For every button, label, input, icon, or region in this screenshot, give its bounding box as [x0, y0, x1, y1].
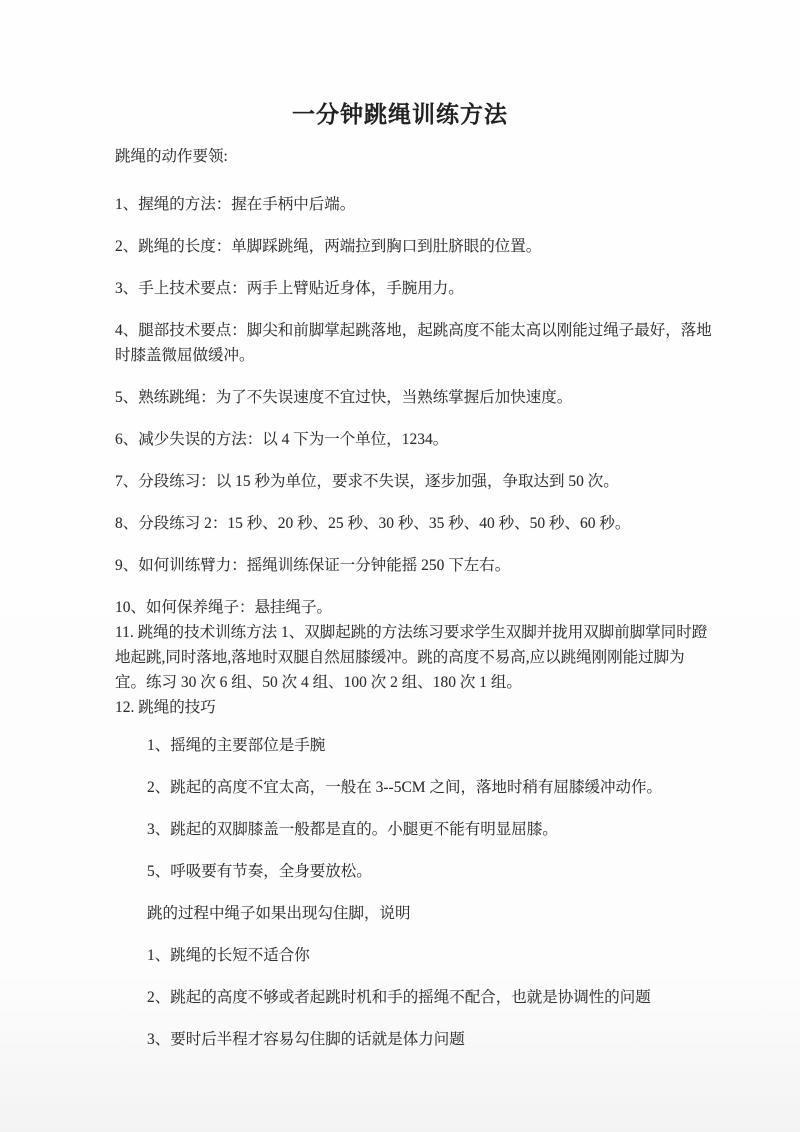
- technique-item-1: 1、摇绳的主要部位是手腕: [115, 733, 712, 758]
- document-page: 一分钟跳绳训练方法 跳绳的动作要领: 1、握绳的方法：握在手柄中后端。 2、跳绳…: [0, 0, 800, 1132]
- numbered-item-5: 5、熟练跳绳：为了不失误速度不宜过快，当熟练掌握后加快速度。: [115, 385, 712, 410]
- hook-intro-line: 跳的过程中绳子如果出现勾住脚，说明: [115, 901, 712, 926]
- hook-item-1: 1、跳绳的长短不适合你: [115, 943, 712, 968]
- numbered-item-10: 10、如何保养绳子：悬挂绳子。: [115, 595, 712, 620]
- numbered-item-4: 4、腿部技术要点：脚尖和前脚掌起跳落地，起跳高度不能太高以刚能过绳子最好，落地时…: [115, 318, 712, 368]
- numbered-item-8: 8、分段练习 2：15 秒、20 秒、25 秒、30 秒、35 秒、40 秒、5…: [115, 511, 712, 536]
- paragraph-11: 11. 跳绳的技术训练方法 1、双脚起跳的方法练习要求学生双脚并拢用双脚前脚掌同…: [115, 620, 712, 695]
- document-title: 一分钟跳绳训练方法: [115, 96, 712, 129]
- numbered-item-2: 2、跳绳的长度：单脚踩跳绳，两端拉到胸口到肚脐眼的位置。: [115, 234, 712, 259]
- technique-item-3: 3、跳起的双脚膝盖一般都是直的。小腿更不能有明显屈膝。: [115, 817, 712, 842]
- numbered-item-7: 7、分段练习：以 15 秒为单位，要求不失误，逐步加强，争取达到 50 次。: [115, 469, 712, 494]
- numbered-item-9: 9、如何训练臂力：摇绳训练保证一分钟能摇 250 下左右。: [115, 553, 712, 578]
- technique-item-5: 5、呼吸要有节奏，全身要放松。: [115, 859, 712, 884]
- hook-item-2: 2、跳起的高度不够或者起跳时机和手的摇绳不配合，也就是协调性的问题: [115, 985, 712, 1010]
- hook-item-3: 3、要时后半程才容易勾住脚的话就是体力问题: [115, 1027, 712, 1052]
- paragraph-12: 12. 跳绳的技巧: [115, 695, 712, 720]
- intro-line: 跳绳的动作要领:: [115, 144, 712, 169]
- numbered-item-3: 3、手上技术要点：两手上臂贴近身体，手腕用力。: [115, 276, 712, 301]
- numbered-item-1: 1、握绳的方法：握在手柄中后端。: [115, 192, 712, 217]
- numbered-item-6: 6、减少失误的方法：以 4 下为一个单位，1234。: [115, 427, 712, 452]
- technique-item-2: 2、跳起的高度不宜太高，一般在 3--5CM 之间，落地时稍有屈膝缓冲动作。: [115, 775, 712, 800]
